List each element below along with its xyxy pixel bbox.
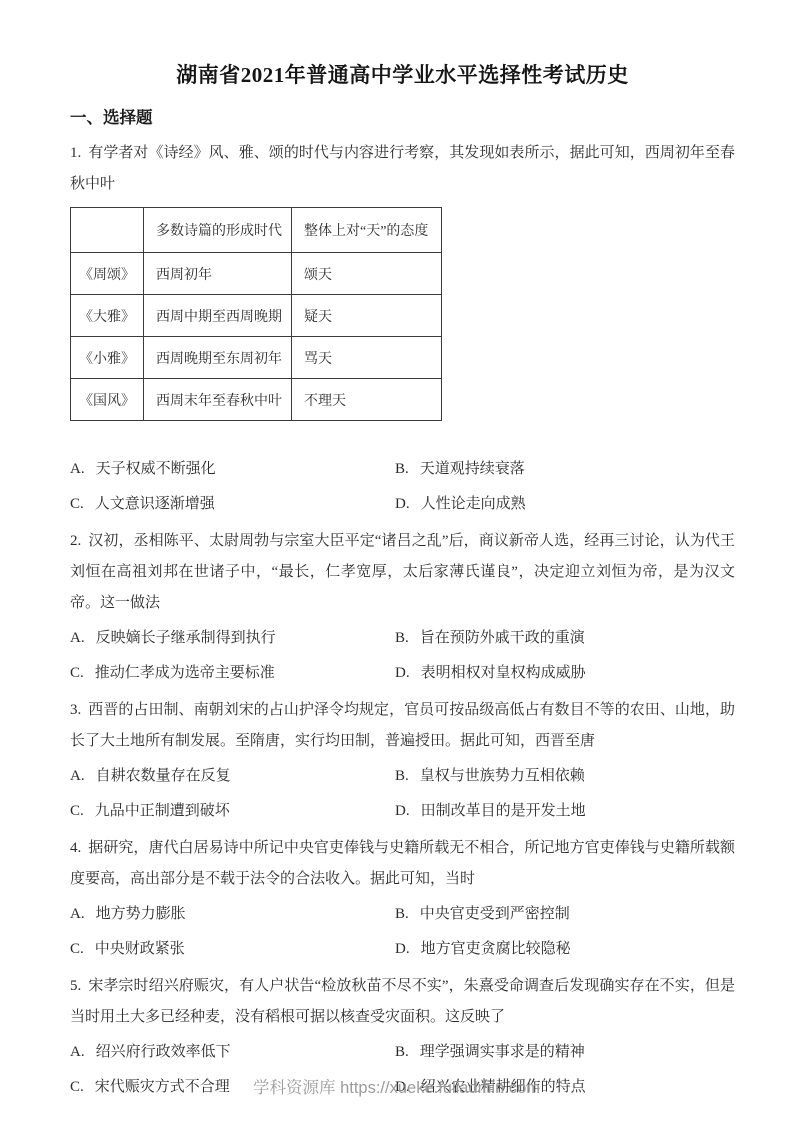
question-2-stem: 2.汉初，丞相陈平、太尉周勃与宗室大臣平定“诸吕之乱”后，商议新帝人选，经再三讨… <box>70 526 735 619</box>
question-1: 1.有学者对《诗经》风、雅、颂的时代与内容进行考察，其发现如表所示，据此可知，西… <box>70 138 735 520</box>
option-text: 绍兴府行政效率低下 <box>96 1044 231 1060</box>
question-2: 2.汉初，丞相陈平、太尉周勃与宗室大臣平定“诸吕之乱”后，商议新帝人选，经再三讨… <box>70 526 735 689</box>
question-number: 4. <box>70 840 81 856</box>
option-text: 皇权与世族势力互相依赖 <box>420 768 585 784</box>
exam-page: 湖南省2021年普通高中学业水平选择性考试历史 一、选择题 1.有学者对《诗经》… <box>0 0 793 1122</box>
option-text: 自耕农数量存在反复 <box>96 768 231 784</box>
option-text: 人性论走向成熟 <box>421 496 526 512</box>
question-stem-text: 汉初，丞相陈平、太尉周勃与宗室大臣平定“诸吕之乱”后，商议新帝人选，经再三讨论，… <box>70 533 735 611</box>
option-1D: D.人性论走向成熟 <box>395 489 735 520</box>
question-5-stem: 5.宋孝宗时绍兴府赈灾，有人户状告“检放秋苗不尽不实”，朱熹受命调查后发现确实存… <box>70 971 735 1033</box>
option-text: 推动仁孝成为选帝主要标准 <box>95 665 275 681</box>
table-header-row: 多数诗篇的形成时代 整体上对“天”的态度 <box>71 208 442 253</box>
option-text: 人文意识逐渐增强 <box>95 496 215 512</box>
option-letter: C. <box>70 803 84 819</box>
question-4: 4.据研究，唐代白居易诗中所记中央官吏俸钱与史籍所载无不相合，所记地方官吏俸钱与… <box>70 833 735 965</box>
option-3B: B.皇权与世族势力互相依赖 <box>395 761 735 792</box>
option-text: 旨在预防外戚干政的重演 <box>420 630 585 646</box>
option-letter: A. <box>70 461 85 477</box>
table-cell: 疑天 <box>292 295 442 337</box>
option-text: 表明相权对皇权构成威胁 <box>421 665 586 681</box>
table-cell: 西周末年至春秋中叶 <box>144 379 292 421</box>
option-letter: A. <box>70 768 85 784</box>
option-letter: B. <box>395 1044 409 1060</box>
option-text: 天道观持续衰落 <box>420 461 525 477</box>
question-number: 1. <box>70 145 81 161</box>
option-letter: A. <box>70 630 85 646</box>
option-3D: D.田制改革目的是开发土地 <box>395 796 735 827</box>
option-1A: A.天子权威不断强化 <box>70 454 395 485</box>
table-row: 《国风》 西周末年至春秋中叶 不理天 <box>71 379 442 421</box>
option-letter: C. <box>70 1079 84 1095</box>
table-header-cell: 整体上对“天”的态度 <box>292 208 442 253</box>
option-letter: A. <box>70 1044 85 1060</box>
table-cell: 《周颂》 <box>71 253 144 295</box>
question-3-stem: 3.西晋的占田制、南朝刘宋的占山护泽令均规定，官员可按品级高低占有数目不等的农田… <box>70 695 735 757</box>
option-text: 九品中正制遭到破坏 <box>95 803 230 819</box>
question-4-stem: 4.据研究，唐代白居易诗中所记中央官吏俸钱与史籍所载无不相合，所记地方官吏俸钱与… <box>70 833 735 895</box>
page-title: 湖南省2021年普通高中学业水平选择性考试历史 <box>70 60 735 90</box>
table-cell: 西周中期至西周晚期 <box>144 295 292 337</box>
question-2-options: A.反映嫡长子继承制得到执行 B.旨在预防外戚干政的重演 C.推动仁孝成为选帝主… <box>70 623 735 689</box>
option-4D: D.地方官吏贪腐比较隐秘 <box>395 934 735 965</box>
question-stem-text: 据研究，唐代白居易诗中所记中央官吏俸钱与史籍所载无不相合，所记地方官吏俸钱与史籍… <box>70 840 735 887</box>
option-letter: B. <box>395 906 409 922</box>
option-3C: C.九品中正制遭到破坏 <box>70 796 395 827</box>
option-5A: A.绍兴府行政效率低下 <box>70 1037 395 1068</box>
option-1C: C.人文意识逐渐增强 <box>70 489 395 520</box>
option-letter: A. <box>70 906 85 922</box>
option-4B: B.中央官吏受到严密控制 <box>395 899 735 930</box>
option-letter: D. <box>395 496 410 512</box>
option-text: 宋代赈灾方式不合理 <box>95 1079 230 1095</box>
question-number: 2. <box>70 533 81 549</box>
option-letter: C. <box>70 496 84 512</box>
option-1B: B.天道观持续衰落 <box>395 454 735 485</box>
section-heading: 一、选择题 <box>70 106 735 130</box>
option-letter: B. <box>395 461 409 477</box>
question-1-options: A.天子权威不断强化 B.天道观持续衰落 C.人文意识逐渐增强 D.人性论走向成… <box>70 454 735 520</box>
option-2A: A.反映嫡长子继承制得到执行 <box>70 623 395 654</box>
table-row: 《大雅》 西周中期至西周晚期 疑天 <box>71 295 442 337</box>
table-row: 《小雅》 西周晚期至东周初年 骂天 <box>71 337 442 379</box>
option-text: 中央财政紧张 <box>95 941 185 957</box>
option-text: 理学强调实事求是的精神 <box>420 1044 585 1060</box>
option-4C: C.中央财政紧张 <box>70 934 395 965</box>
option-text: 天子权威不断强化 <box>96 461 216 477</box>
option-2B: B.旨在预防外戚干政的重演 <box>395 623 735 654</box>
table-header-cell <box>71 208 144 253</box>
table-cell: 西周晚期至东周初年 <box>144 337 292 379</box>
table-cell: 不理天 <box>292 379 442 421</box>
option-letter: D. <box>395 803 410 819</box>
question-stem-text: 宋孝宗时绍兴府赈灾，有人户状告“检放秋苗不尽不实”，朱熹受命调查后发现确实存在不… <box>70 978 735 1025</box>
option-2D: D.表明相权对皇权构成威胁 <box>395 658 735 689</box>
question-3-options: A.自耕农数量存在反复 B.皇权与世族势力互相依赖 C.九品中正制遭到破坏 D.… <box>70 761 735 827</box>
option-2C: C.推动仁孝成为选帝主要标准 <box>70 658 395 689</box>
option-text: 中央官吏受到严密控制 <box>420 906 570 922</box>
option-text: 田制改革目的是开发土地 <box>421 803 586 819</box>
option-text: 地方官吏贪腐比较隐秘 <box>421 941 571 957</box>
table-cell: 西周初年 <box>144 253 292 295</box>
table-row: 《周颂》 西周初年 颂天 <box>71 253 442 295</box>
question-3: 3.西晋的占田制、南朝刘宋的占山护泽令均规定，官员可按品级高低占有数目不等的农田… <box>70 695 735 827</box>
question-4-options: A.地方势力膨胀 B.中央官吏受到严密控制 C.中央财政紧张 D.地方官吏贪腐比… <box>70 899 735 965</box>
shijing-table: 多数诗篇的形成时代 整体上对“天”的态度 《周颂》 西周初年 颂天 《大雅》 西… <box>70 207 442 421</box>
option-letter: B. <box>395 630 409 646</box>
option-letter: B. <box>395 768 409 784</box>
option-letter: C. <box>70 665 84 681</box>
question-number: 5. <box>70 978 81 994</box>
table-cell: 《国风》 <box>71 379 144 421</box>
option-text: 反映嫡长子继承制得到执行 <box>96 630 276 646</box>
question-1-stem: 1.有学者对《诗经》风、雅、颂的时代与内容进行考察，其发现如表所示，据此可知，西… <box>70 138 735 200</box>
option-letter: D. <box>395 941 410 957</box>
watermark-footer: 学科资源库 https://xueke.fuliadmin.com <box>253 1074 540 1098</box>
question-number: 3. <box>70 702 81 718</box>
table-cell: 《大雅》 <box>71 295 144 337</box>
table-cell: 《小雅》 <box>71 337 144 379</box>
option-3A: A.自耕农数量存在反复 <box>70 761 395 792</box>
option-letter: D. <box>395 665 410 681</box>
question-stem-text: 西晋的占田制、南朝刘宋的占山护泽令均规定，官员可按品级高低占有数目不等的农田、山… <box>70 702 735 749</box>
table-cell: 骂天 <box>292 337 442 379</box>
option-letter: C. <box>70 941 84 957</box>
option-4A: A.地方势力膨胀 <box>70 899 395 930</box>
option-text: 地方势力膨胀 <box>96 906 186 922</box>
question-stem-text: 有学者对《诗经》风、雅、颂的时代与内容进行考察，其发现如表所示，据此可知，西周初… <box>70 145 735 192</box>
table-cell: 颂天 <box>292 253 442 295</box>
table-header-cell: 多数诗篇的形成时代 <box>144 208 292 253</box>
option-5B: B.理学强调实事求是的精神 <box>395 1037 735 1068</box>
